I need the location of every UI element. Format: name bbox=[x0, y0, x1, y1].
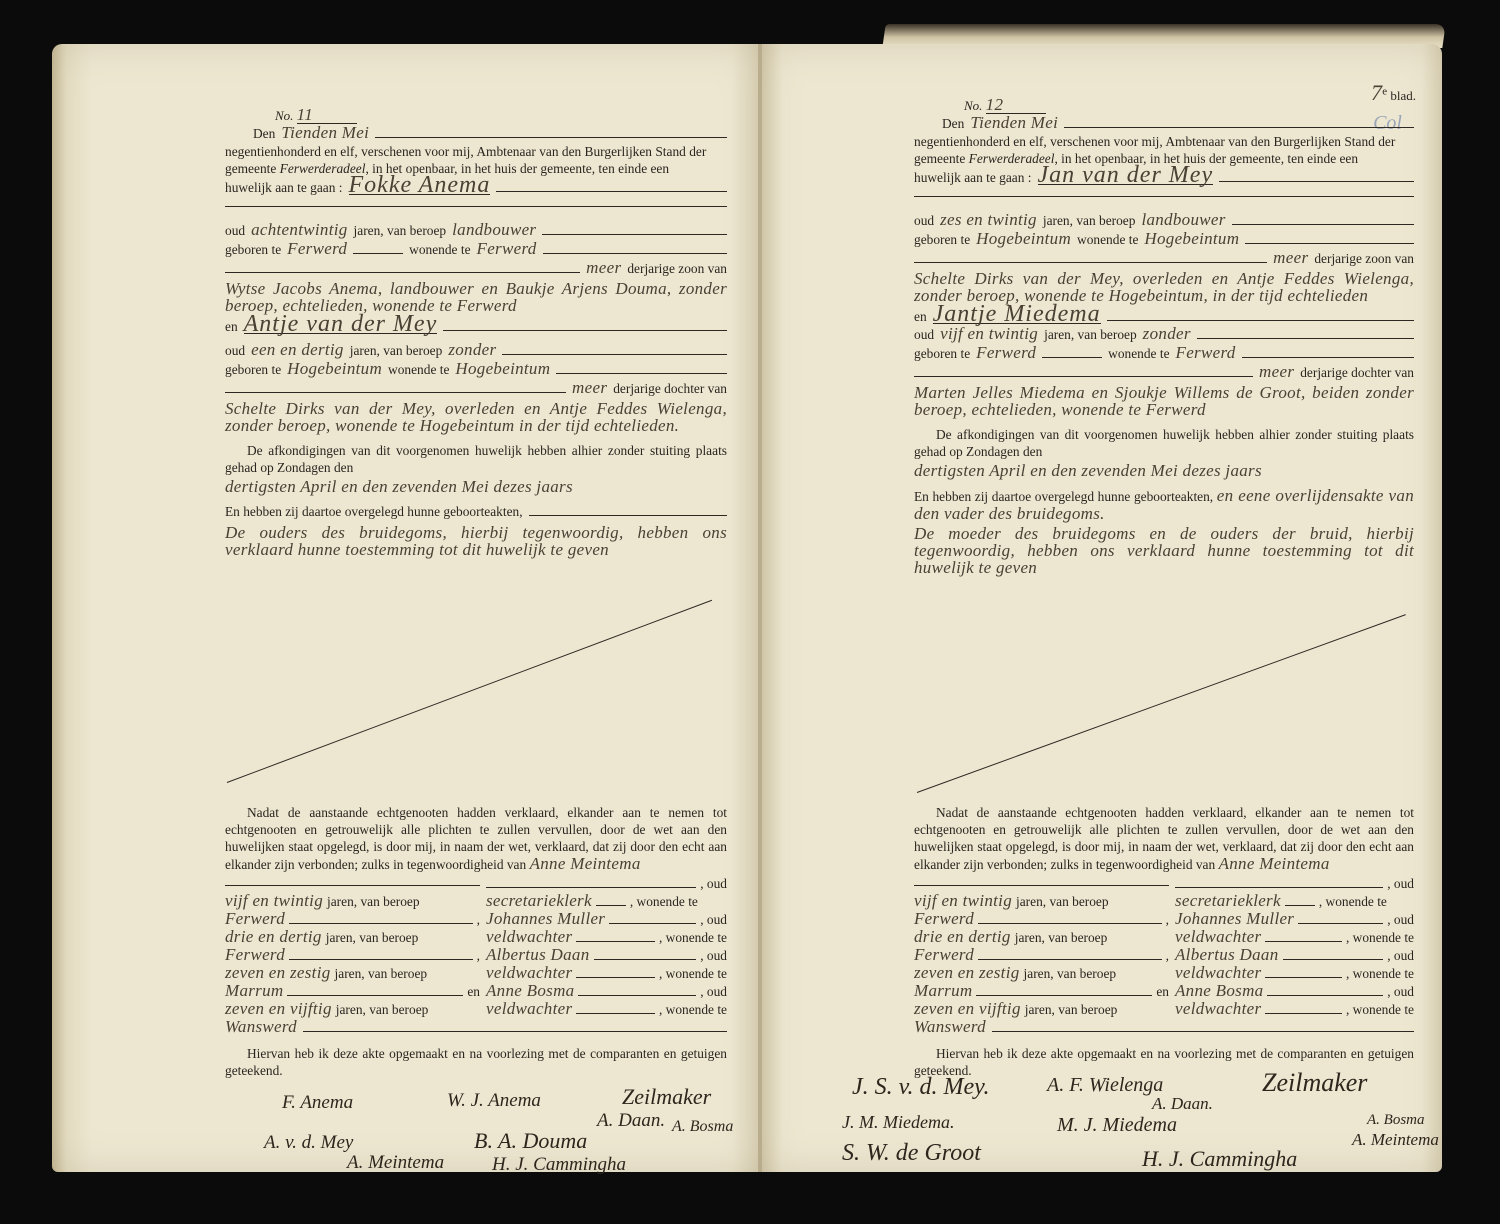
witness-cell: vijf en twintigjaren, van beroep bbox=[225, 892, 480, 910]
witness-field: , wonende te bbox=[630, 893, 698, 910]
bride-name-row: en Jantje Miedema bbox=[914, 306, 1414, 325]
witness-field: , oud bbox=[700, 875, 727, 892]
blank-line bbox=[576, 1003, 655, 1014]
groom-parents-label-row: meer derjarige zoon van bbox=[914, 249, 1414, 268]
signature: A. Bosma bbox=[1367, 1112, 1425, 1129]
blank-line bbox=[289, 913, 473, 924]
witness-1-name: Anne Meintema bbox=[1219, 854, 1330, 873]
groom-name: Jan van der Mey bbox=[1038, 167, 1214, 185]
signature: A. Daan. bbox=[597, 1110, 665, 1132]
date-handwritten: Tienden Mei bbox=[970, 114, 1058, 131]
witness-field: Marrum bbox=[914, 982, 972, 999]
marriage-record-12: No. 12 Den Tienden Mei negentienhonderd … bbox=[914, 96, 1414, 578]
witness-field: jaren, van beroep bbox=[1016, 893, 1109, 910]
witness-field: Albertus Daan bbox=[486, 946, 590, 963]
witness-cell: Marrumen bbox=[225, 982, 480, 1000]
groom-occupation: landbouwer bbox=[1141, 211, 1225, 228]
blank-line bbox=[914, 875, 1169, 886]
bride-occupation: zonder bbox=[1143, 325, 1191, 342]
signature: J. M. Miedema. bbox=[842, 1112, 954, 1133]
bride-age-row: oud vijf en twintig jaren, van beroep zo… bbox=[914, 325, 1414, 344]
witness-field: , oud bbox=[700, 983, 727, 1000]
intro-line-1: negentienhonderd en elf, verschenen voor… bbox=[225, 143, 727, 160]
witness-field: vijf en twintig bbox=[914, 892, 1012, 909]
cancel-stroke bbox=[227, 600, 712, 783]
witness-cell: veldwachter, wonende te bbox=[1175, 928, 1414, 946]
witness-field: Ferwerd bbox=[914, 946, 974, 963]
witness-field: en bbox=[1156, 983, 1169, 1000]
witness-field: , wonende te bbox=[659, 965, 727, 982]
documents-consent: De moeder des bruidegoms en de ouders de… bbox=[914, 525, 1414, 576]
signature: B. A. Douma bbox=[474, 1128, 587, 1154]
groom-birth-row: geboren te Ferwerd wonende te Ferwerd bbox=[225, 240, 727, 259]
witness-field: , wonende te bbox=[1319, 893, 1387, 910]
blank-line bbox=[596, 895, 626, 906]
groom-age: achtentwintig bbox=[251, 221, 347, 238]
witness-cell: vijf en twintigjaren, van beroep bbox=[914, 892, 1169, 910]
witness-field: secretarieklerk bbox=[1175, 892, 1281, 909]
witness-cell: Marrumen bbox=[914, 982, 1169, 1000]
witness-cell bbox=[225, 875, 480, 892]
banns-text: De afkondigingen van dit voorgenomen huw… bbox=[225, 442, 727, 476]
witness-field: Albertus Daan bbox=[1175, 946, 1279, 963]
signature: A. Bosma bbox=[672, 1118, 733, 1136]
signatures-right: J. S. v. d. Mey. A. F. Wielenga A. Daan.… bbox=[812, 1064, 1442, 1174]
witness-field: zeven en vijftig bbox=[225, 1000, 332, 1017]
witness-field: jaren, van beroep bbox=[1024, 965, 1117, 982]
signature: Zeilmaker bbox=[622, 1084, 711, 1110]
blank-line bbox=[486, 877, 696, 888]
signature: W. J. Anema bbox=[447, 1090, 541, 1112]
witness-cell: drie en dertigjaren, van beroep bbox=[914, 928, 1169, 946]
blank-line bbox=[1298, 913, 1383, 924]
bride-residence: Hogebeintum bbox=[455, 360, 550, 377]
witness-field: Ferwerd bbox=[914, 910, 974, 927]
witness-field: , oud bbox=[1387, 947, 1414, 964]
register-book: No. 11 Den Tienden Mei negentienhonderd … bbox=[52, 44, 1452, 1172]
bride-name-row: en Antje van der Mey bbox=[225, 316, 727, 335]
documents-consent: De ouders des bruidegoms, hierbij tegenw… bbox=[225, 524, 727, 558]
signature: H. J. Cammingha bbox=[1142, 1146, 1297, 1172]
witness-field: drie en dertig bbox=[914, 928, 1011, 945]
witness-cell: veldwachter, wonende te bbox=[486, 1000, 727, 1018]
bride-age: een en dertig bbox=[251, 341, 344, 358]
witness-cell: Ferwerd, bbox=[225, 910, 480, 928]
witness-cell: Ferwerd, bbox=[225, 946, 480, 964]
blank-line bbox=[594, 949, 697, 960]
blank-line bbox=[225, 875, 480, 886]
witness-cell: veldwachter, wonende te bbox=[486, 964, 727, 982]
intro-line-1: negentienhonderd en elf, verschenen voor… bbox=[914, 133, 1414, 150]
witness-cell: Anne Bosma, oud bbox=[486, 982, 727, 1000]
witness-cell: zeven en zestigjaren, van beroep bbox=[225, 964, 480, 982]
witness-cell: Johannes Muller, oud bbox=[486, 910, 727, 928]
signature: A. Meintema bbox=[347, 1152, 444, 1174]
record-number-value: 12 bbox=[986, 96, 1046, 114]
bride-residence: Ferwerd bbox=[1176, 344, 1236, 361]
blank-line bbox=[576, 931, 655, 942]
witness-field: drie en dertig bbox=[225, 928, 322, 945]
witness-field: secretarieklerk bbox=[486, 892, 592, 909]
date-row: Den Tienden Mei bbox=[253, 124, 727, 143]
blank-line bbox=[1283, 949, 1384, 960]
bride-birth-row: geboren te Ferwerd wonende te Ferwerd bbox=[914, 344, 1414, 363]
signature: M. J. Miedema bbox=[1057, 1114, 1177, 1137]
groom-age: zes en twintig bbox=[940, 211, 1037, 228]
witness-field: , wonende te bbox=[659, 1001, 727, 1018]
witness-field: Ferwerd bbox=[225, 946, 285, 963]
declaration-text: Nadat de aanstaande echtgenooten hadden … bbox=[914, 804, 1414, 873]
bride-birth-row: geboren te Hogebeintum wonende te Hogebe… bbox=[225, 360, 727, 379]
witness-field: , bbox=[477, 947, 480, 964]
blank-line bbox=[1267, 985, 1383, 996]
signature: Zeilmaker bbox=[1262, 1068, 1367, 1098]
witness-cell: , oud bbox=[486, 875, 727, 892]
groom-parents-label-row: meer derjarige zoon van bbox=[225, 259, 727, 278]
bride-birthplace: Ferwerd bbox=[976, 344, 1036, 361]
witness-field: , wonende te bbox=[1346, 929, 1414, 946]
witness-field: Marrum bbox=[225, 982, 283, 999]
bride-birthplace: Hogebeintum bbox=[287, 360, 382, 377]
witness-field: vijf en twintig bbox=[225, 892, 323, 909]
blank-line bbox=[1265, 967, 1342, 978]
blank-line bbox=[1265, 931, 1342, 942]
witness-cell: , oud bbox=[1175, 875, 1414, 892]
witness-field: Anne Bosma bbox=[486, 982, 574, 999]
witness-field: jaren, van beroep bbox=[326, 929, 419, 946]
witness-field: , wonende te bbox=[1346, 965, 1414, 982]
right-page: 7e blad. Col No. 12 Den Tienden Mei nege… bbox=[762, 44, 1442, 1172]
witness-cell: veldwachter, wonende te bbox=[1175, 1000, 1414, 1018]
record-number-value: 11 bbox=[297, 106, 357, 124]
witness-field: Anne Bosma bbox=[1175, 982, 1263, 999]
witness-field: , wonende te bbox=[659, 929, 727, 946]
witness-cell: secretarieklerk, wonende te bbox=[1175, 892, 1414, 910]
witness-field: , oud bbox=[700, 947, 727, 964]
witness-1-name: Anne Meintema bbox=[530, 854, 641, 873]
witness-field: , bbox=[477, 911, 480, 928]
documents-row: En hebben zij daartoe overgelegd hunne g… bbox=[225, 503, 727, 522]
bride-parents: Schelte Dirks van der Mey, overleden en … bbox=[225, 400, 727, 434]
groom-birthplace: Ferwerd bbox=[287, 240, 347, 257]
witness-field: , oud bbox=[1387, 983, 1414, 1000]
witness-field: Johannes Muller bbox=[1175, 910, 1294, 927]
groom-residence: Ferwerd bbox=[477, 240, 537, 257]
left-page: No. 11 Den Tienden Mei negentienhonderd … bbox=[52, 44, 760, 1172]
blank-line bbox=[978, 913, 1162, 924]
signature: A. v. d. Mey bbox=[264, 1132, 353, 1154]
groom-parents: Schelte Dirks van der Mey, overleden en … bbox=[914, 270, 1414, 304]
witness-field: , oud bbox=[700, 911, 727, 928]
witness-field: jaren, van beroep bbox=[1025, 1001, 1118, 1018]
witness-4-residence-row: Wanswerd bbox=[225, 1018, 727, 1037]
groom-residence: Hogebeintum bbox=[1144, 230, 1239, 247]
witness-field: veldwachter bbox=[1175, 1000, 1261, 1017]
marriage-record-11: No. 11 Den Tienden Mei negentienhonderd … bbox=[225, 106, 727, 560]
groom-parents: Wytse Jacobs Anema, landbouwer en Baukje… bbox=[225, 280, 727, 314]
witness-field: zeven en zestig bbox=[225, 964, 331, 981]
witness-field: en bbox=[467, 983, 480, 1000]
date-row: Den Tienden Mei bbox=[942, 114, 1414, 133]
witness-cell: zeven en zestigjaren, van beroep bbox=[914, 964, 1169, 982]
witness-field: jaren, van beroep bbox=[327, 893, 420, 910]
groom-age-row: oud achtentwintig jaren, van beroep land… bbox=[225, 221, 727, 240]
witness-field: , oud bbox=[1387, 875, 1414, 892]
signature: A. Meintema bbox=[1352, 1130, 1439, 1150]
witness-field: jaren, van beroep bbox=[336, 1001, 429, 1018]
witness-cell: secretarieklerk, wonende te bbox=[486, 892, 727, 910]
witness-cell: Albertus Daan, oud bbox=[486, 946, 727, 964]
blank-line bbox=[1285, 895, 1315, 906]
groom-birth-row: geboren te Hogebeintum wonende te Hogebe… bbox=[914, 230, 1414, 249]
groom-birthplace: Hogebeintum bbox=[976, 230, 1071, 247]
declaration-block: Nadat de aanstaande echtgenooten hadden … bbox=[914, 796, 1414, 1081]
bride-parents: Marten Jelles Miedema en Sjoukje Willems… bbox=[914, 384, 1414, 418]
witness-cell: Ferwerd, bbox=[914, 946, 1169, 964]
declaration-block: Nadat de aanstaande echtgenooten hadden … bbox=[225, 796, 727, 1081]
witness-field: veldwachter bbox=[1175, 928, 1261, 945]
witness-field: veldwachter bbox=[486, 964, 572, 981]
witness-field: zeven en vijftig bbox=[914, 1000, 1021, 1017]
blank-line bbox=[978, 949, 1162, 960]
record-number: No. 11 bbox=[275, 106, 727, 124]
witness-field: zeven en zestig bbox=[914, 964, 1020, 981]
witness-cell: Johannes Muller, oud bbox=[1175, 910, 1414, 928]
witness-cell: Albertus Daan, oud bbox=[1175, 946, 1414, 964]
closing-text: Hiervan heb ik deze akte opgemaakt en na… bbox=[225, 1045, 727, 1079]
banns-dates: dertigsten April en den zevenden Mei dez… bbox=[225, 478, 727, 495]
witness-field: , bbox=[1166, 911, 1169, 928]
record-number: No. 12 bbox=[964, 96, 1414, 114]
witness-cell: zeven en vijftigjaren, van beroep bbox=[914, 1000, 1169, 1018]
bride-age: vijf en twintig bbox=[940, 325, 1038, 342]
bride-parents-label-row: meer derjarige dochter van bbox=[914, 363, 1414, 382]
groom-age-row: oud zes en twintig jaren, van beroep lan… bbox=[914, 211, 1414, 230]
blank-line bbox=[287, 985, 463, 996]
witness-cell: Anne Bosma, oud bbox=[1175, 982, 1414, 1000]
banns-text: De afkondigingen van dit voorgenomen huw… bbox=[914, 426, 1414, 460]
groom-name-row: huwelijk aan te gaan : Fokke Anema bbox=[225, 177, 727, 196]
witness-cell: veldwachter, wonende te bbox=[1175, 964, 1414, 982]
groom-name: Fokke Anema bbox=[349, 177, 491, 195]
banns-dates: dertigsten April en den zevenden Mei dez… bbox=[914, 462, 1414, 479]
witness-field: jaren, van beroep bbox=[335, 965, 428, 982]
signature: J. S. v. d. Mey. bbox=[852, 1074, 990, 1101]
witness-cell: veldwachter, wonende te bbox=[486, 928, 727, 946]
blank-line bbox=[289, 949, 473, 960]
witness-field: , bbox=[1166, 947, 1169, 964]
groom-occupation: landbouwer bbox=[452, 221, 536, 238]
witness-cell: Ferwerd, bbox=[914, 910, 1169, 928]
witness-field: , wonende te bbox=[1346, 1001, 1414, 1018]
cancel-stroke bbox=[917, 614, 1406, 793]
bride-age-row: oud een en dertig jaren, van beroep zond… bbox=[225, 341, 727, 360]
signature: H. J. Cammingha bbox=[492, 1154, 626, 1176]
declaration-text: Nadat de aanstaande echtgenooten hadden … bbox=[225, 804, 727, 873]
witness-field: Johannes Muller bbox=[486, 910, 605, 927]
witness-cell: drie en dertigjaren, van beroep bbox=[225, 928, 480, 946]
signature: A. Daan. bbox=[1152, 1094, 1213, 1114]
witness-field: Ferwerd bbox=[225, 910, 285, 927]
blank-line bbox=[1265, 1003, 1342, 1014]
signature: A. F. Wielenga bbox=[1047, 1074, 1163, 1097]
signature: F. Anema bbox=[282, 1092, 353, 1114]
bride-name: Antje van der Mey bbox=[244, 316, 438, 334]
witness-field: jaren, van beroep bbox=[1015, 929, 1108, 946]
blank-line bbox=[976, 985, 1152, 996]
witness-grid: , oud vijf en twintigjaren, van beroep s… bbox=[914, 875, 1414, 1018]
blank-line bbox=[1175, 877, 1383, 888]
bride-name: Jantje Miedema bbox=[933, 306, 1101, 324]
witness-4-residence-row: Wanswerd bbox=[914, 1018, 1414, 1037]
groom-name-row: huwelijk aan te gaan : Jan van der Mey bbox=[914, 167, 1414, 186]
witness-field: veldwachter bbox=[1175, 964, 1261, 981]
blank-line bbox=[609, 913, 696, 924]
witness-field: veldwachter bbox=[486, 1000, 572, 1017]
witness-cell bbox=[914, 875, 1169, 892]
witness-cell: zeven en vijftigjaren, van beroep bbox=[225, 1000, 480, 1018]
bride-occupation: zonder bbox=[448, 341, 496, 358]
witness-grid: , oud vijf en twintigjaren, van beroep s… bbox=[225, 875, 727, 1018]
documents-row: En hebben zij daartoe overgelegd hunne g… bbox=[914, 487, 1414, 523]
witness-field: , oud bbox=[1387, 911, 1414, 928]
date-handwritten: Tienden Mei bbox=[281, 124, 369, 141]
signatures-left: F. Anema W. J. Anema Zeilmaker A. Daan. … bbox=[252, 1084, 772, 1174]
signature: S. W. de Groot bbox=[842, 1140, 981, 1167]
blank-line bbox=[576, 967, 655, 978]
blank-line bbox=[578, 985, 696, 996]
witness-field: veldwachter bbox=[486, 928, 572, 945]
bride-parents-label-row: meer derjarige dochter van bbox=[225, 379, 727, 398]
